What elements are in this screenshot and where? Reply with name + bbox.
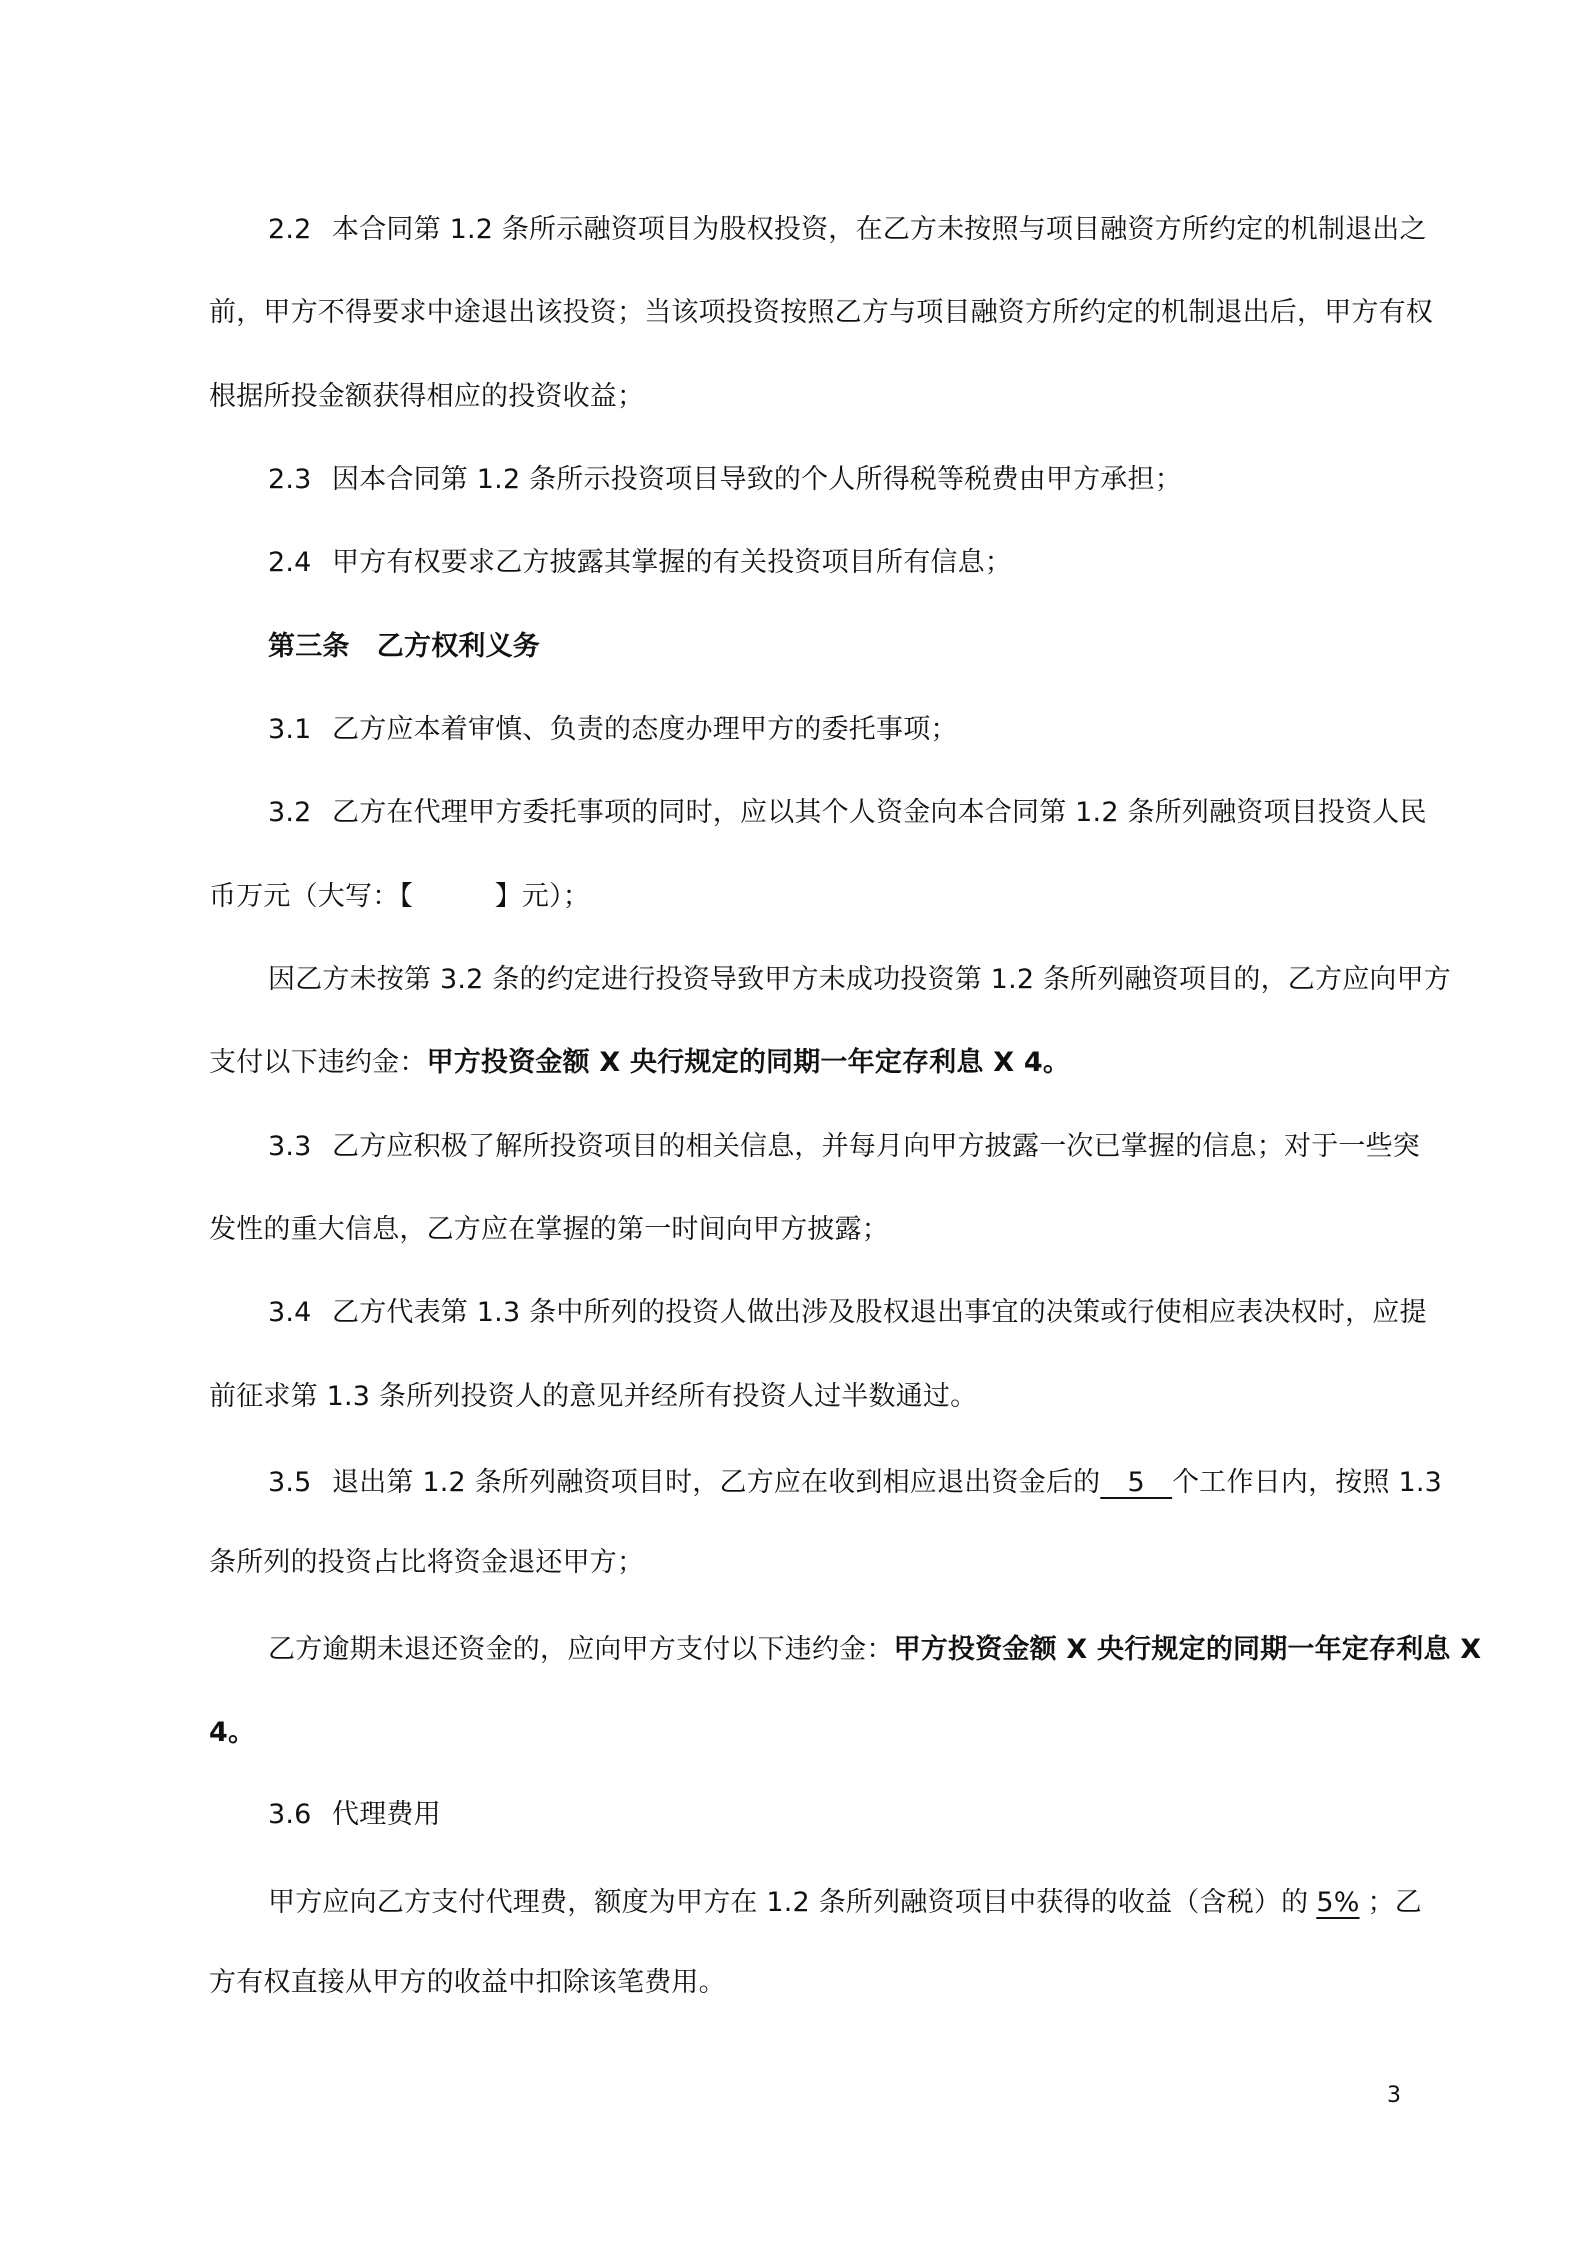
fee-percent-blank: 5% [1308,1885,1367,1921]
clause-number: 3.6 [268,1797,332,1833]
clause-3-3-line-1: 3.3乙方应积极了解所投资项目的相关信息，并每月向甲方披露一次已掌握的信息；对于… [268,1129,1468,1165]
clause-text: 乙方应本着审慎、负责的态度办理甲方的委托事项； [332,714,958,745]
clause-text: 乙方代表第 1.3 条中所列的投资人做出涉及股权退出事宜的决策或行使相应表决权时… [332,1297,1427,1328]
fee-text-cont: ；乙 [1368,1887,1422,1918]
clause-3-2-line-1: 3.2乙方在代理甲方委托事项的同时，应以其个人资金向本合同第 1.2 条所列融资… [268,795,1468,831]
fee-text: 甲方应向乙方支付代理费，额度为甲方在 1.2 条所列融资项目中获得的收益（含税）… [268,1887,1308,1918]
document-page: 2.2本合同第 1.2 条所示融资项目为股权投资，在乙方未按照与项目融资方所约定… [0,0,1586,2244]
agency-fee-line-2: 方有权直接从甲方的收益中扣除该笔费用。 [209,1965,1409,2001]
clause-2-2-line-1: 2.2本合同第 1.2 条所示融资项目为股权投资，在乙方未按照与项目融资方所约定… [268,212,1468,248]
clause-3-4-line-1: 3.4乙方代表第 1.3 条中所列的投资人做出涉及股权退出事宜的决策或行使相应表… [268,1295,1468,1331]
penalty-intro: 支付以下违约金： [209,1047,427,1078]
clause-text: 甲方有权要求乙方披露其掌握的有关投资项目所有信息； [332,547,1012,578]
clause-3-3-line-2: 发性的重大信息，乙方应在掌握的第一时间向甲方披露； [209,1212,1409,1248]
penalty-3-2-line-2: 支付以下违约金：甲方投资金额 X 央行规定的同期一年定存利息 X 4。 [209,1045,1409,1081]
clause-3-1: 3.1乙方应本着审慎、负责的态度办理甲方的委托事项； [268,712,1468,748]
clause-text: 本合同第 1.2 条所示融资项目为股权投资，在乙方未按照与项目融资方所约定的机制… [332,214,1427,245]
penalty-3-5-line-2: 4。 [209,1715,1409,1751]
clause-text: 乙方在代理甲方委托事项的同时，应以其个人资金向本合同第 1.2 条所列融资项目投… [332,797,1427,828]
clause-text: 退出第 1.2 条所列融资项目时，乙方应在收到相应退出资金后的 [332,1467,1100,1498]
clause-number: 3.4 [268,1295,332,1331]
clause-number: 2.3 [268,462,332,498]
clause-text: 乙方应积极了解所投资项目的相关信息，并每月向甲方披露一次已掌握的信息；对于一些突 [332,1131,1420,1162]
clause-3-5-line-1: 3.5退出第 1.2 条所列融资项目时，乙方应在收到相应退出资金后的 5 个工作… [268,1465,1468,1501]
clause-2-4: 2.4甲方有权要求乙方披露其掌握的有关投资项目所有信息； [268,545,1468,581]
clause-text-cont: 个工作日内，按照 1.3 [1172,1467,1442,1498]
clause-number: 2.4 [268,545,332,581]
penalty-3-2-line-1: 因乙方未按第 3.2 条的约定进行投资导致甲方未成功投资第 1.2 条所列融资项… [268,962,1468,998]
clause-text: 因本合同第 1.2 条所示投资项目导致的个人所得税等税费由甲方承担； [332,464,1182,495]
clause-2-2-line-2: 前，甲方不得要求中途退出该投资；当该项投资按照乙方与项目融资方所约定的机制退出后… [209,295,1409,331]
clause-number: 2.2 [268,212,332,248]
clause-3-5-line-2: 条所列的投资占比将资金退还甲方； [209,1545,1409,1581]
clause-2-2-line-3: 根据所投金额获得相应的投资收益； [209,379,1409,415]
page-number: 3 [1387,2083,1401,2108]
working-days-blank: 5 [1100,1465,1172,1501]
clause-number: 3.5 [268,1465,332,1501]
penalty-3-5-line-1: 乙方逾期未退还资金的，应向甲方支付以下违约金：甲方投资金额 X 央行规定的同期一… [268,1632,1468,1668]
agency-fee-line-1: 甲方应向乙方支付代理费，额度为甲方在 1.2 条所列融资项目中获得的收益（含税）… [268,1885,1468,1921]
clause-3-6-heading: 3.6代理费用 [268,1797,1468,1833]
clause-number: 3.1 [268,712,332,748]
clause-number: 3.2 [268,795,332,831]
clause-2-3: 2.3因本合同第 1.2 条所示投资项目导致的个人所得税等税费由甲方承担； [268,462,1468,498]
penalty-formula: 甲方投资金额 X 央行规定的同期一年定存利息 X [894,1634,1482,1665]
clause-3-4-line-2: 前征求第 1.3 条所列投资人的意见并经所有投资人过半数通过。 [209,1379,1409,1415]
penalty-intro: 乙方逾期未退还资金的，应向甲方支付以下违约金： [268,1634,894,1665]
penalty-formula: 甲方投资金额 X 央行规定的同期一年定存利息 X 4。 [427,1047,1070,1078]
clause-text: 代理费用 [332,1799,441,1830]
clause-number: 3.3 [268,1129,332,1165]
article-3-heading: 第三条 乙方权利义务 [268,629,1468,665]
clause-3-2-line-2: 币万元（大写：【 】元）； [209,879,1409,915]
